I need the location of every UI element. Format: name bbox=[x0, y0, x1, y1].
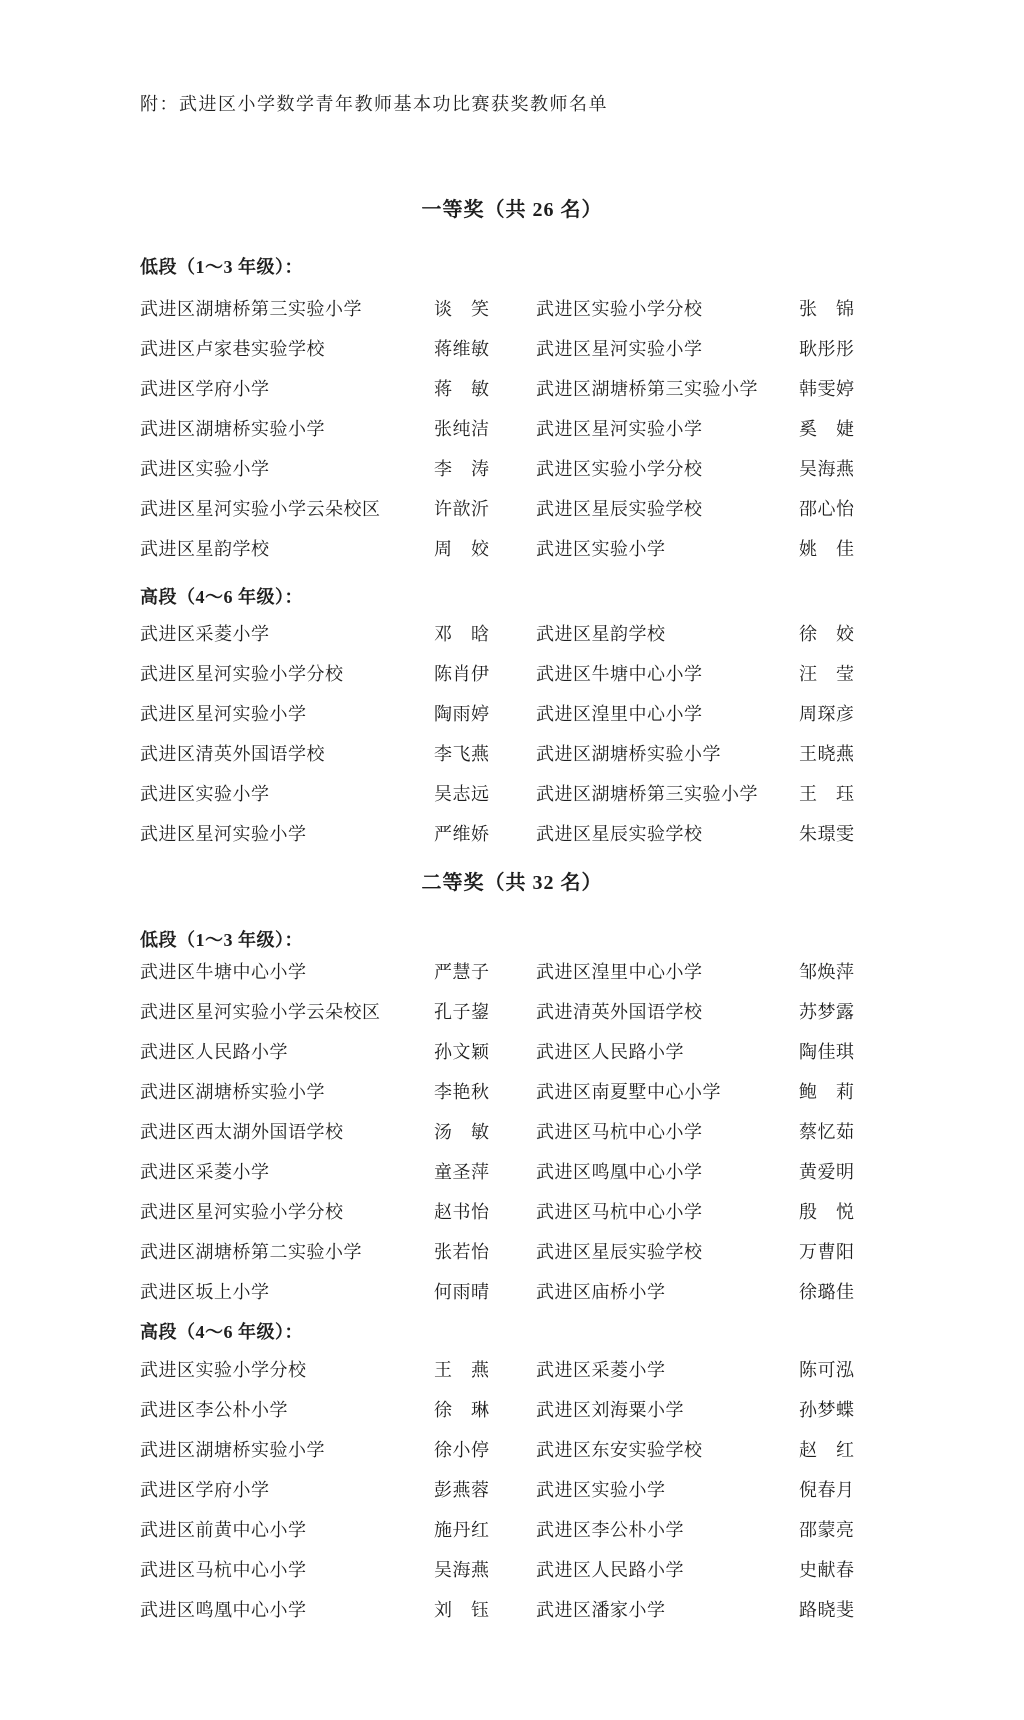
teacher-name-left: 张若怡 bbox=[434, 1238, 532, 1264]
school-name-left: 武进区星河实验小学 bbox=[140, 820, 428, 846]
school-name-right: 武进区星河实验小学 bbox=[536, 335, 792, 361]
school-name-left: 武进区星河实验小学云朵校区 bbox=[140, 495, 428, 521]
grade-band-label: 低段（1～3 年级）： bbox=[140, 253, 303, 279]
teacher-name-left: 陶雨婷 bbox=[434, 700, 532, 726]
teacher-name-left: 蒋 敏 bbox=[434, 375, 532, 401]
table-row: 武进区星河实验小学分校赵书怡武进区马杭中心小学殷 悦 bbox=[0, 1198, 1024, 1238]
school-name-right: 武进区实验小学 bbox=[536, 1476, 792, 1502]
teacher-name-left: 吴志远 bbox=[434, 780, 532, 806]
school-name-left: 武进区牛塘中心小学 bbox=[140, 958, 428, 984]
teacher-name-right: 陶佳琪 bbox=[799, 1038, 894, 1064]
school-name-right: 武进区南夏墅中心小学 bbox=[536, 1078, 792, 1104]
school-name-left: 武进区学府小学 bbox=[140, 1476, 428, 1502]
teacher-name-left: 吴海燕 bbox=[434, 1556, 532, 1582]
table-row: 武进区采菱小学邓 晗武进区星韵学校徐 姣 bbox=[0, 620, 1024, 660]
table-row: 武进区学府小学蒋 敏武进区湖塘桥第三实验小学韩雯婷 bbox=[0, 375, 1024, 415]
award-level-title: 二等奖（共 32 名） bbox=[140, 866, 884, 895]
teacher-name-left: 孙文颖 bbox=[434, 1038, 532, 1064]
teacher-name-right: 耿彤彤 bbox=[799, 335, 894, 361]
school-name-left: 武进区卢家巷实验学校 bbox=[140, 335, 428, 361]
grade-band-label: 高段（4～6 年级）： bbox=[140, 1318, 303, 1344]
teacher-name-right: 蔡忆茹 bbox=[799, 1118, 894, 1144]
school-name-left: 武进区湖塘桥第二实验小学 bbox=[140, 1238, 428, 1264]
table-row: 武进区湖塘桥第三实验小学谈 笑武进区实验小学分校张 锦 bbox=[0, 295, 1024, 335]
school-name-left: 武进区实验小学 bbox=[140, 780, 428, 806]
teacher-name-left: 严维娇 bbox=[434, 820, 532, 846]
teacher-name-left: 严慧子 bbox=[434, 958, 532, 984]
table-row: 武进区西太湖外国语学校汤 敏武进区马杭中心小学蔡忆茹 bbox=[0, 1118, 1024, 1158]
school-name-left: 武进区坂上小学 bbox=[140, 1278, 428, 1304]
teacher-name-right: 路晓斐 bbox=[799, 1596, 894, 1622]
table-row: 武进区湖塘桥第二实验小学张若怡武进区星辰实验学校万曹阳 bbox=[0, 1238, 1024, 1278]
school-name-left: 武进区星河实验小学分校 bbox=[140, 660, 428, 686]
school-name-left: 武进区清英外国语学校 bbox=[140, 740, 428, 766]
teacher-name-left: 刘 钰 bbox=[434, 1596, 532, 1622]
teacher-name-right: 赵 红 bbox=[799, 1436, 894, 1462]
teacher-name-right: 黄爱明 bbox=[799, 1158, 894, 1184]
school-name-left: 武进区鸣凰中心小学 bbox=[140, 1596, 428, 1622]
teacher-name-right: 徐璐佳 bbox=[799, 1278, 894, 1304]
table-row: 武进区马杭中心小学吴海燕武进区人民路小学史献春 bbox=[0, 1556, 1024, 1596]
school-name-left: 武进区星河实验小学云朵校区 bbox=[140, 998, 428, 1024]
school-name-right: 武进区马杭中心小学 bbox=[536, 1118, 792, 1144]
teacher-name-left: 彭燕蓉 bbox=[434, 1476, 532, 1502]
teacher-name-right: 张 锦 bbox=[799, 295, 894, 321]
teacher-name-right: 周琛彦 bbox=[799, 700, 894, 726]
teacher-name-right: 苏梦露 bbox=[799, 998, 894, 1024]
table-row: 武进区实验小学吴志远武进区湖塘桥第三实验小学王 珏 bbox=[0, 780, 1024, 820]
document-title: 附：武进区小学数学青年教师基本功比赛获奖教师名单 bbox=[140, 90, 608, 116]
table-row: 武进区实验小学李 涛武进区实验小学分校吴海燕 bbox=[0, 455, 1024, 495]
school-name-left: 武进区前黄中心小学 bbox=[140, 1516, 428, 1542]
teacher-name-right: 奚 婕 bbox=[799, 415, 894, 441]
school-name-right: 武进区牛塘中心小学 bbox=[536, 660, 792, 686]
teacher-name-left: 许歆沂 bbox=[434, 495, 532, 521]
school-name-right: 武进区星辰实验学校 bbox=[536, 1238, 792, 1264]
school-name-left: 武进区学府小学 bbox=[140, 375, 428, 401]
table-row: 武进区人民路小学孙文颖武进区人民路小学陶佳琪 bbox=[0, 1038, 1024, 1078]
table-row: 武进区学府小学彭燕蓉武进区实验小学倪春月 bbox=[0, 1476, 1024, 1516]
school-name-right: 武进区湖塘桥第三实验小学 bbox=[536, 375, 792, 401]
teacher-name-left: 童圣萍 bbox=[434, 1158, 532, 1184]
school-name-left: 武进区李公朴小学 bbox=[140, 1396, 428, 1422]
teacher-name-left: 王 燕 bbox=[434, 1356, 532, 1382]
table-row: 武进区星河实验小学严维娇武进区星辰实验学校朱璟雯 bbox=[0, 820, 1024, 860]
school-name-right: 武进区实验小学分校 bbox=[536, 455, 792, 481]
teacher-name-left: 赵书怡 bbox=[434, 1198, 532, 1224]
teacher-name-right: 史献春 bbox=[799, 1556, 894, 1582]
teacher-name-left: 徐小停 bbox=[434, 1436, 532, 1462]
teacher-name-right: 邹焕萍 bbox=[799, 958, 894, 984]
table-row: 武进区前黄中心小学施丹红武进区李公朴小学邵蒙亮 bbox=[0, 1516, 1024, 1556]
award-level-title: 一等奖（共 26 名） bbox=[140, 193, 884, 222]
teacher-name-right: 徐 姣 bbox=[799, 620, 894, 646]
school-name-right: 武进区实验小学分校 bbox=[536, 295, 792, 321]
school-name-left: 武进区马杭中心小学 bbox=[140, 1556, 428, 1582]
teacher-name-right: 王晓燕 bbox=[799, 740, 894, 766]
school-name-right: 武进区潘家小学 bbox=[536, 1596, 792, 1622]
teacher-name-right: 鲍 莉 bbox=[799, 1078, 894, 1104]
teacher-name-left: 邓 晗 bbox=[434, 620, 532, 646]
school-name-right: 武进区实验小学 bbox=[536, 535, 792, 561]
school-name-right: 武进区湖塘桥第三实验小学 bbox=[536, 780, 792, 806]
school-name-left: 武进区星河实验小学 bbox=[140, 700, 428, 726]
school-name-right: 武进区马杭中心小学 bbox=[536, 1198, 792, 1224]
table-row: 武进区星河实验小学陶雨婷武进区湟里中心小学周琛彦 bbox=[0, 700, 1024, 740]
teacher-name-left: 陈肖伊 bbox=[434, 660, 532, 686]
school-name-left: 武进区湖塘桥实验小学 bbox=[140, 415, 428, 441]
table-row: 武进区坂上小学何雨晴武进区庙桥小学徐璐佳 bbox=[0, 1278, 1024, 1318]
teacher-name-right: 陈可泓 bbox=[799, 1356, 894, 1382]
school-name-left: 武进区西太湖外国语学校 bbox=[140, 1118, 428, 1144]
teacher-name-left: 李飞燕 bbox=[434, 740, 532, 766]
teacher-name-left: 李 涛 bbox=[434, 455, 532, 481]
table-row: 武进区星韵学校周 姣武进区实验小学姚 佳 bbox=[0, 535, 1024, 575]
teacher-name-right: 汪 莹 bbox=[799, 660, 894, 686]
school-name-right: 武进区东安实验学校 bbox=[536, 1436, 792, 1462]
school-name-left: 武进区人民路小学 bbox=[140, 1038, 428, 1064]
school-name-right: 武进区星辰实验学校 bbox=[536, 820, 792, 846]
school-name-left: 武进区实验小学分校 bbox=[140, 1356, 428, 1382]
grade-band-label: 高段（4～6 年级）： bbox=[140, 583, 303, 609]
teacher-name-left: 谈 笑 bbox=[434, 295, 532, 321]
teacher-name-right: 孙梦蝶 bbox=[799, 1396, 894, 1422]
teacher-name-right: 吴海燕 bbox=[799, 455, 894, 481]
school-name-left: 武进区湖塘桥实验小学 bbox=[140, 1436, 428, 1462]
school-name-left: 武进区采菱小学 bbox=[140, 620, 428, 646]
table-row: 武进区清英外国语学校李飞燕武进区湖塘桥实验小学王晓燕 bbox=[0, 740, 1024, 780]
teacher-name-left: 汤 敏 bbox=[434, 1118, 532, 1144]
school-name-right: 武进区湟里中心小学 bbox=[536, 958, 792, 984]
teacher-name-right: 邵蒙亮 bbox=[799, 1516, 894, 1542]
teacher-name-right: 王 珏 bbox=[799, 780, 894, 806]
table-row: 武进区牛塘中心小学严慧子武进区湟里中心小学邹焕萍 bbox=[0, 958, 1024, 998]
school-name-left: 武进区星河实验小学分校 bbox=[140, 1198, 428, 1224]
teacher-name-right: 韩雯婷 bbox=[799, 375, 894, 401]
school-name-left: 武进区星韵学校 bbox=[140, 535, 428, 561]
school-name-right: 武进区湟里中心小学 bbox=[536, 700, 792, 726]
teacher-name-right: 万曹阳 bbox=[799, 1238, 894, 1264]
table-row: 武进区星河实验小学云朵校区许歆沂武进区星辰实验学校邵心怡 bbox=[0, 495, 1024, 535]
school-name-right: 武进区星韵学校 bbox=[536, 620, 792, 646]
school-name-left: 武进区采菱小学 bbox=[140, 1158, 428, 1184]
teacher-name-left: 李艳秋 bbox=[434, 1078, 532, 1104]
teacher-name-left: 张纯洁 bbox=[434, 415, 532, 441]
school-name-right: 武进区庙桥小学 bbox=[536, 1278, 792, 1304]
teacher-name-left: 孔子鋆 bbox=[434, 998, 532, 1024]
document-page: 附：武进区小学数学青年教师基本功比赛获奖教师名单 一等奖（共 26 名）低段（1… bbox=[0, 0, 1024, 1720]
table-row: 武进区李公朴小学徐 琳武进区刘海粟小学孙梦蝶 bbox=[0, 1396, 1024, 1436]
school-name-right: 武进区刘海粟小学 bbox=[536, 1396, 792, 1422]
school-name-left: 武进区湖塘桥实验小学 bbox=[140, 1078, 428, 1104]
table-row: 武进区湖塘桥实验小学张纯洁武进区星河实验小学奚 婕 bbox=[0, 415, 1024, 455]
table-row: 武进区卢家巷实验学校蒋维敏武进区星河实验小学耿彤彤 bbox=[0, 335, 1024, 375]
school-name-right: 武进区采菱小学 bbox=[536, 1356, 792, 1382]
teacher-name-left: 徐 琳 bbox=[434, 1396, 532, 1422]
table-row: 武进区鸣凰中心小学刘 钰武进区潘家小学路晓斐 bbox=[0, 1596, 1024, 1636]
table-row: 武进区采菱小学童圣萍武进区鸣凰中心小学黄爱明 bbox=[0, 1158, 1024, 1198]
teacher-name-right: 倪春月 bbox=[799, 1476, 894, 1502]
table-row: 武进区实验小学分校王 燕武进区采菱小学陈可泓 bbox=[0, 1356, 1024, 1396]
table-row: 武进区湖塘桥实验小学徐小停武进区东安实验学校赵 红 bbox=[0, 1436, 1024, 1476]
teacher-name-left: 何雨晴 bbox=[434, 1278, 532, 1304]
teacher-name-right: 殷 悦 bbox=[799, 1198, 894, 1224]
school-name-right: 武进区湖塘桥实验小学 bbox=[536, 740, 792, 766]
teacher-name-left: 周 姣 bbox=[434, 535, 532, 561]
teacher-name-left: 蒋维敏 bbox=[434, 335, 532, 361]
school-name-right: 武进区星辰实验学校 bbox=[536, 495, 792, 521]
school-name-right: 武进区鸣凰中心小学 bbox=[536, 1158, 792, 1184]
teacher-name-left: 施丹红 bbox=[434, 1516, 532, 1542]
school-name-right: 武进区李公朴小学 bbox=[536, 1516, 792, 1542]
school-name-left: 武进区湖塘桥第三实验小学 bbox=[140, 295, 428, 321]
table-row: 武进区湖塘桥实验小学李艳秋武进区南夏墅中心小学鲍 莉 bbox=[0, 1078, 1024, 1118]
teacher-name-right: 姚 佳 bbox=[799, 535, 894, 561]
school-name-right: 武进区人民路小学 bbox=[536, 1556, 792, 1582]
school-name-right: 武进区人民路小学 bbox=[536, 1038, 792, 1064]
teacher-name-right: 朱璟雯 bbox=[799, 820, 894, 846]
table-row: 武进区星河实验小学分校陈肖伊武进区牛塘中心小学汪 莹 bbox=[0, 660, 1024, 700]
teacher-name-right: 邵心怡 bbox=[799, 495, 894, 521]
table-row: 武进区星河实验小学云朵校区孔子鋆武进清英外国语学校苏梦露 bbox=[0, 998, 1024, 1038]
school-name-right: 武进清英外国语学校 bbox=[536, 998, 792, 1024]
school-name-left: 武进区实验小学 bbox=[140, 455, 428, 481]
school-name-right: 武进区星河实验小学 bbox=[536, 415, 792, 441]
grade-band-label: 低段（1～3 年级）： bbox=[140, 926, 303, 952]
